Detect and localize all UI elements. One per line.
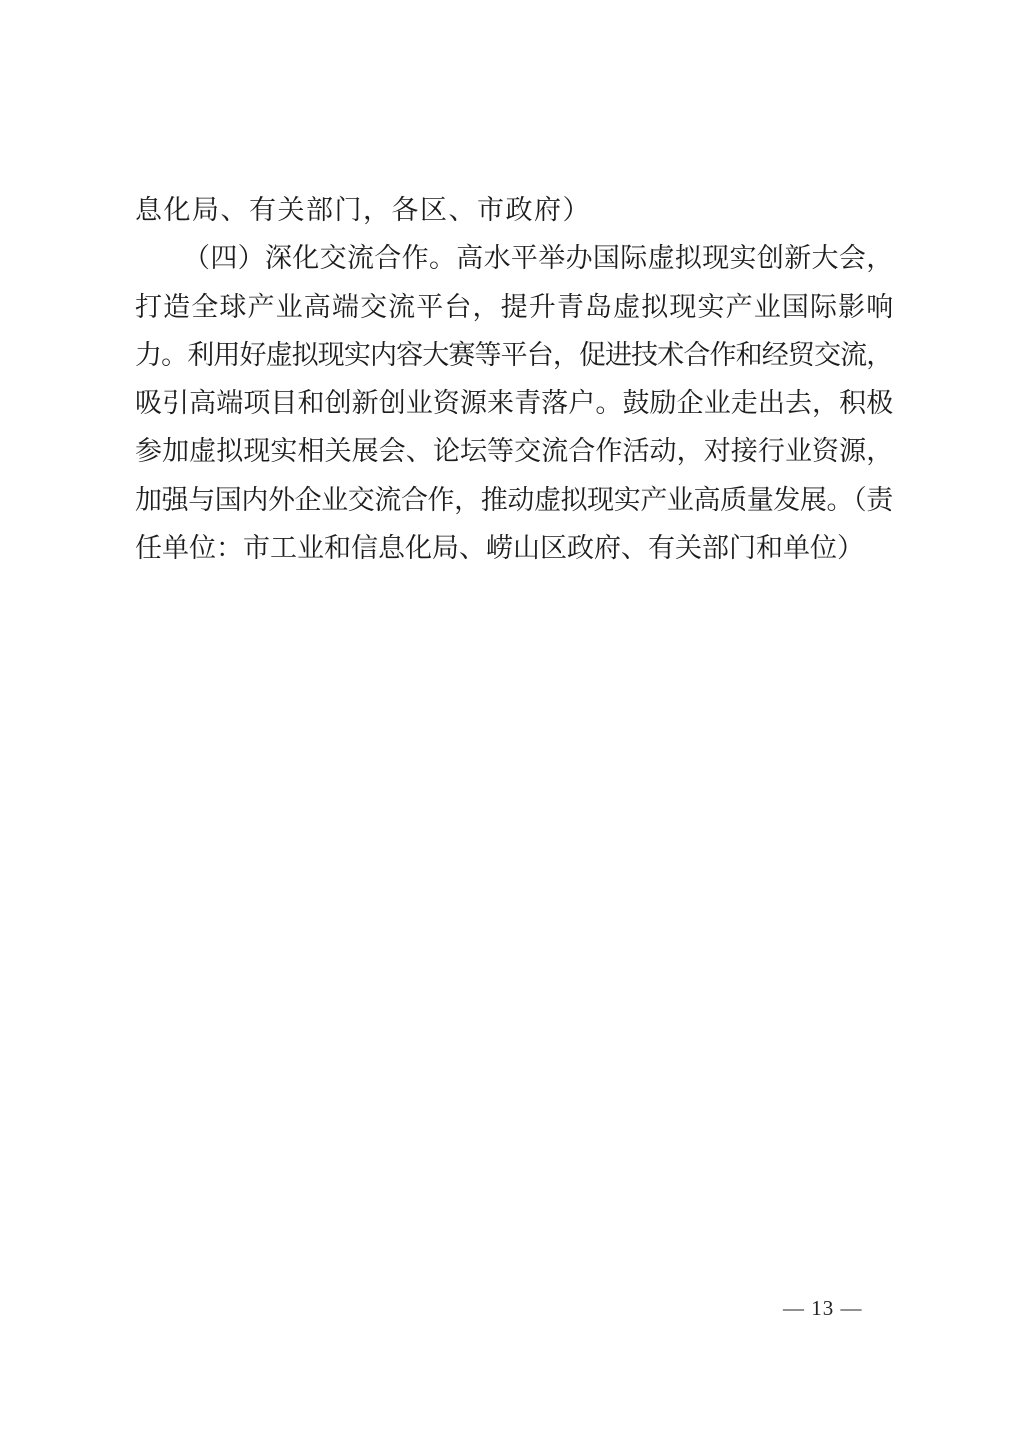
paragraph-line-continuation: 息化局、有关部门，各区、市政府）: [135, 186, 892, 234]
page-number: — 13 —: [783, 1296, 863, 1321]
paragraph-text: 高水平举办国际虚拟现实创新大会，: [456, 243, 892, 273]
paragraph-line-section-start: （四）深化交流合作。高水平举办国际虚拟现实创新大会，: [135, 234, 892, 282]
body-text-block: 息化局、有关部门，各区、市政府） （四）深化交流合作。高水平举办国际虚拟现实创新…: [135, 186, 892, 572]
paragraph-line: 参加虚拟现实相关展会、论坛等交流合作活动，对接行业资源，: [135, 427, 892, 475]
paragraph-line-responsibility-unit: 任单位：市工业和信息化局、崂山区政府、有关部门和单位）: [135, 524, 892, 572]
paragraph-line: 加强与国内外企业交流合作，推动虚拟现实产业高质量发展。（责: [135, 476, 892, 524]
paragraph-line: 打造全球产业高端交流平台，提升青岛虚拟现实产业国际影响: [135, 283, 892, 331]
paragraph-line: 力。利用好虚拟现实内容大赛等平台，促进技术合作和经贸交流，: [135, 331, 892, 379]
document-page: 息化局、有关部门，各区、市政府） （四）深化交流合作。高水平举办国际虚拟现实创新…: [0, 0, 1024, 1447]
section-heading: （四）深化交流合作。: [183, 243, 456, 273]
paragraph-line: 吸引高端项目和创新创业资源来青落户。鼓励企业走出去，积极: [135, 379, 892, 427]
